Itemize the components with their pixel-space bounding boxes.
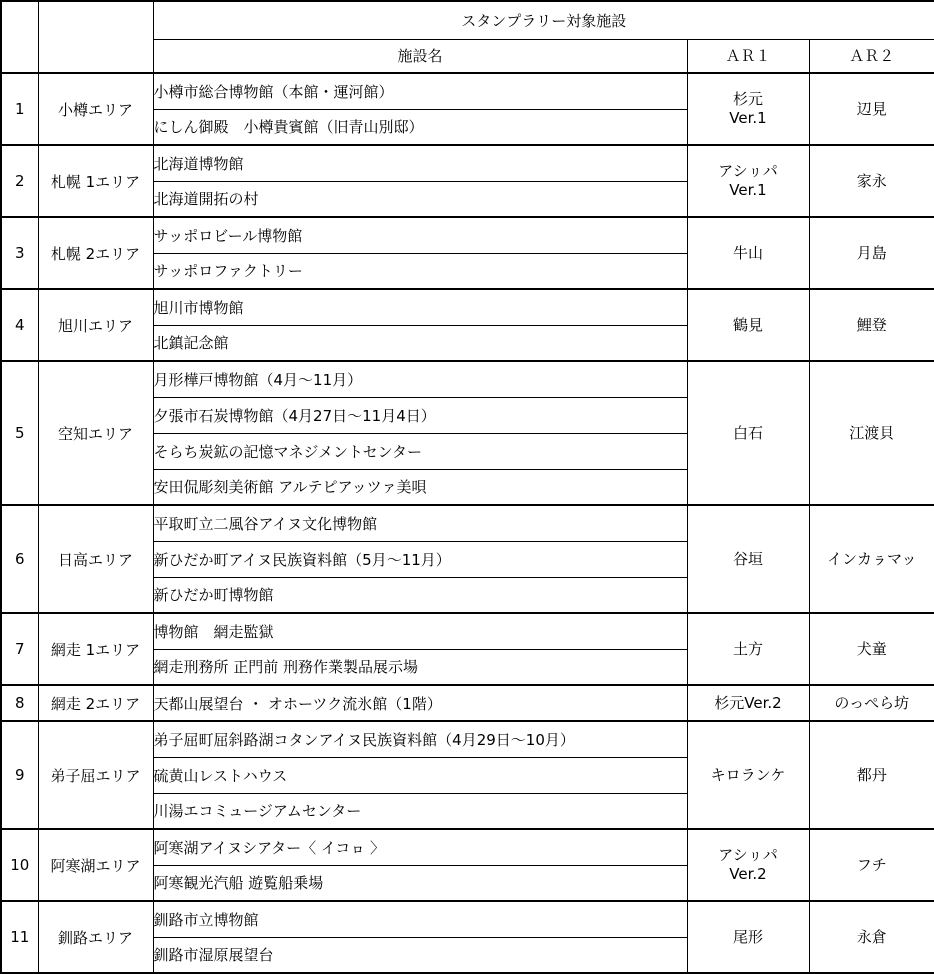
header-title: スタンプラリー対象施設 [153, 1, 934, 39]
ar2-cell: 辺見 [809, 73, 934, 145]
ar1-cell: アシㇼパ Ver.2 [687, 829, 809, 901]
ar2-cell: 家永 [809, 145, 934, 217]
facility-cell: 釧路市湿原展望台 [153, 937, 687, 973]
facility-cell: 博物館 網走監獄 [153, 613, 687, 649]
facility-row: 4旭川エリア旭川市博物館鶴見鯉登 [1, 289, 934, 325]
facility-cell: 夕張市石炭博物館（4月27日～11月4日） [153, 397, 687, 433]
row-number-cell: 8 [1, 685, 38, 721]
facility-cell: にしん御殿 小樽貴賓館（旧青山別邸） [153, 109, 687, 145]
header-facility-name: 施設名 [153, 39, 687, 73]
area-cell: 阿寒湖エリア [38, 829, 153, 901]
ar1-cell: 尾形 [687, 901, 809, 973]
ar1-cell: 鶴見 [687, 289, 809, 361]
facility-cell: 北海道博物館 [153, 145, 687, 181]
ar1-cell: 土方 [687, 613, 809, 685]
facility-cell: 天都山展望台 ・ オホーツク流氷館（1階） [153, 685, 687, 721]
area-cell: 網走 1エリア [38, 613, 153, 685]
ar2-cell: フチ [809, 829, 934, 901]
facility-row: 10阿寒湖エリア阿寒湖アイヌシアター〈 イコㇿ 〉アシㇼパ Ver.2フチ [1, 829, 934, 865]
header-row-1: スタンプラリー対象施設 [1, 1, 934, 39]
ar2-cell: のっぺら坊 [809, 685, 934, 721]
area-cell: 弟子屈エリア [38, 721, 153, 829]
row-number-cell: 10 [1, 829, 38, 901]
header-ar1: ＡＲ１ [687, 39, 809, 73]
ar2-cell: 鯉登 [809, 289, 934, 361]
facility-cell: サッポロファクトリー [153, 253, 687, 289]
row-number-cell: 7 [1, 613, 38, 685]
area-cell: 小樽エリア [38, 73, 153, 145]
facility-cell: 阿寒観光汽船 遊覧船乗場 [153, 865, 687, 901]
table-body: 1小樽エリア小樽市総合博物館（本館・運河館）杉元 Ver.1辺見にしん御殿 小樽… [1, 73, 934, 973]
row-number-cell: 9 [1, 721, 38, 829]
row-number-cell: 4 [1, 289, 38, 361]
ar2-cell: 永倉 [809, 901, 934, 973]
ar1-cell: 杉元Ver.2 [687, 685, 809, 721]
ar2-cell: インカㇻマッ [809, 505, 934, 613]
facility-row: 7網走 1エリア博物館 網走監獄土方犬童 [1, 613, 934, 649]
ar2-cell: 江渡貝 [809, 361, 934, 505]
facility-row: 11釧路エリア釧路市立博物館尾形永倉 [1, 901, 934, 937]
facility-cell: 阿寒湖アイヌシアター〈 イコㇿ 〉 [153, 829, 687, 865]
facility-row: 9弟子屈エリア弟子屈町屈斜路湖コタンアイヌ民族資料館（4月29日～10月）キロラ… [1, 721, 934, 757]
facility-cell: 北海道開拓の村 [153, 181, 687, 217]
area-cell: 札幌 2エリア [38, 217, 153, 289]
ar2-cell: 犬童 [809, 613, 934, 685]
ar1-cell: 牛山 [687, 217, 809, 289]
facility-row: 1小樽エリア小樽市総合博物館（本館・運河館）杉元 Ver.1辺見 [1, 73, 934, 109]
row-number-cell: 3 [1, 217, 38, 289]
facility-cell: 新ひだか町博物館 [153, 577, 687, 613]
ar1-cell: 杉元 Ver.1 [687, 73, 809, 145]
facility-cell: 硫黄山レストハウス [153, 757, 687, 793]
table-header: スタンプラリー対象施設 施設名 ＡＲ１ ＡＲ２ [1, 1, 934, 73]
facility-cell: 平取町立二風谷アイヌ文化博物館 [153, 505, 687, 541]
facility-row: 2札幌 1エリア北海道博物館アシㇼパ Ver.1家永 [1, 145, 934, 181]
facility-cell: サッポロビール博物館 [153, 217, 687, 253]
ar2-cell: 都丹 [809, 721, 934, 829]
area-cell: 札幌 1エリア [38, 145, 153, 217]
stamp-rally-table: スタンプラリー対象施設 施設名 ＡＲ１ ＡＲ２ 1小樽エリア小樽市総合博物館（本… [0, 0, 934, 974]
area-cell: 旭川エリア [38, 289, 153, 361]
ar1-cell: アシㇼパ Ver.1 [687, 145, 809, 217]
row-number-cell: 1 [1, 73, 38, 145]
area-cell: 釧路エリア [38, 901, 153, 973]
ar1-cell: キロランケ [687, 721, 809, 829]
row-number-cell: 2 [1, 145, 38, 217]
ar1-cell: 谷垣 [687, 505, 809, 613]
facility-cell: 網走刑務所 正門前 刑務作業製品展示場 [153, 649, 687, 685]
ar1-cell: 白石 [687, 361, 809, 505]
facility-cell: 弟子屈町屈斜路湖コタンアイヌ民族資料館（4月29日～10月） [153, 721, 687, 757]
facility-cell: 北鎮記念館 [153, 325, 687, 361]
header-ar2: ＡＲ２ [809, 39, 934, 73]
facility-cell: 月形樺戸博物館（4月～11月） [153, 361, 687, 397]
facility-row: 6日高エリア平取町立二風谷アイヌ文化博物館谷垣インカㇻマッ [1, 505, 934, 541]
area-cell: 空知エリア [38, 361, 153, 505]
facility-cell: 安田侃彫刻美術館 アルテピアッツァ美唄 [153, 469, 687, 505]
facility-cell: 旭川市博物館 [153, 289, 687, 325]
facility-cell: 釧路市立博物館 [153, 901, 687, 937]
row-number-cell: 6 [1, 505, 38, 613]
row-number-cell: 5 [1, 361, 38, 505]
facility-cell: そらち炭鉱の記憶マネジメントセンター [153, 433, 687, 469]
ar2-cell: 月島 [809, 217, 934, 289]
facility-row: 5空知エリア月形樺戸博物館（4月～11月）白石江渡貝 [1, 361, 934, 397]
area-cell: 網走 2エリア [38, 685, 153, 721]
header-empty-number-cell [1, 1, 38, 73]
header-empty-area-cell [38, 1, 153, 73]
area-cell: 日高エリア [38, 505, 153, 613]
facility-cell: 川湯エコミュージアムセンター [153, 793, 687, 829]
facility-row: 3札幌 2エリアサッポロビール博物館牛山月島 [1, 217, 934, 253]
facility-cell: 新ひだか町アイヌ民族資料館（5月～11月） [153, 541, 687, 577]
row-number-cell: 11 [1, 901, 38, 973]
facility-row: 8網走 2エリア天都山展望台 ・ オホーツク流氷館（1階）杉元Ver.2のっぺら… [1, 685, 934, 721]
facility-cell: 小樽市総合博物館（本館・運河館） [153, 73, 687, 109]
